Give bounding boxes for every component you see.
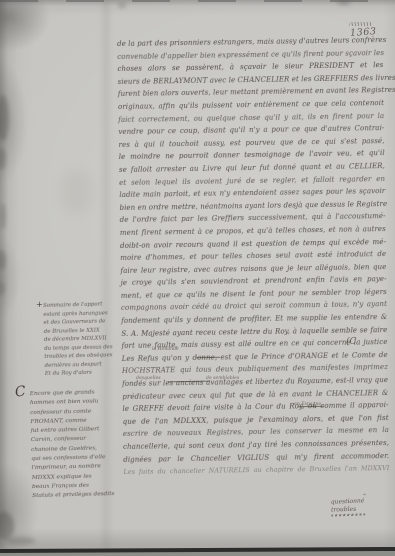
- ink-blot: [0, 148, 6, 170]
- interline-note: la Hollande: [152, 347, 179, 352]
- interline-note: de semblables: [206, 376, 239, 381]
- cross-mark: +: [36, 300, 43, 309]
- scribble-mark: [349, 22, 373, 26]
- caret-mark: ^: [362, 493, 366, 501]
- ink-blot: [118, 3, 126, 8]
- flourish-underline: [331, 513, 365, 516]
- ink-blot: [0, 203, 6, 229]
- manuscript-page: 1363 de la part des prisonniers estrange…: [0, 0, 395, 556]
- manuscript-line: Les faits du chancelier NATURELIS au cha…: [123, 462, 389, 479]
- bottom-note-line: troubles: [331, 505, 365, 514]
- right-margin-mark: (C: [346, 337, 356, 347]
- paragraph-c-mark: C: [14, 383, 27, 400]
- margin-note-upper: Sommaire de l'apportestant après harangu…: [43, 300, 123, 378]
- ink-blot: [0, 250, 6, 270]
- main-text-block: de la part des prisonniers estrangers, m…: [117, 34, 390, 479]
- ink-blot: [0, 95, 9, 141]
- paper-stain: [60, 170, 94, 214]
- interline-note: desquelles: [136, 376, 161, 381]
- paper-stain: [55, 415, 95, 447]
- bottom-right-note: ^ questionné troubles: [331, 497, 366, 516]
- scan-edge-top: [0, 0, 395, 2]
- ink-blot: [0, 282, 5, 296]
